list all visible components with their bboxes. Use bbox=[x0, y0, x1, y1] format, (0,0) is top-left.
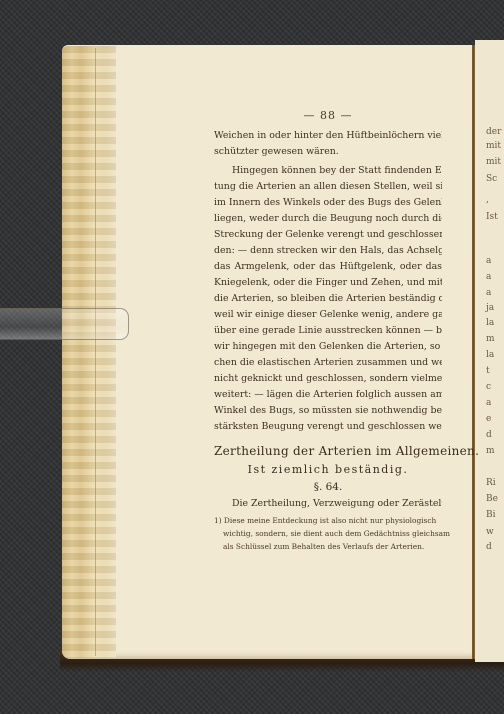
right-page-fragment: la bbox=[486, 350, 494, 360]
right-page-fragment: mit bbox=[486, 141, 501, 151]
right-page-fragment: a bbox=[486, 398, 491, 408]
text-line: den: — denn strecken wir den Hals, das A… bbox=[214, 245, 442, 256]
text-line: Die Zertheilung, Verzweigung oder Zeräst… bbox=[214, 498, 442, 509]
text-line: Kniegelenk, oder die Finger und Zehen, u… bbox=[214, 277, 442, 288]
section-heading: Zertheilung der Arterien im Allgemeinen. bbox=[214, 444, 442, 458]
text-line: chen die elastischen Arterien zusammen u… bbox=[214, 357, 442, 368]
right-page-fragment: c bbox=[486, 382, 491, 392]
right-page-fragment: d bbox=[486, 430, 492, 440]
text-line: wir hingegen mit den Gelenken die Arteri… bbox=[214, 341, 442, 352]
right-page-fragment: d bbox=[486, 542, 492, 552]
right-page-fragment: , bbox=[486, 195, 489, 205]
text-line: weitert: — lägen die Arterien folglich a… bbox=[214, 389, 442, 400]
right-page-fragment: a bbox=[486, 272, 491, 282]
page-number: — 88 — bbox=[214, 109, 442, 122]
text-line: Weichen in oder hinter den Hüftbeinlöche… bbox=[214, 130, 442, 141]
right-page-fragment: m bbox=[486, 334, 495, 344]
paragraph-sign: §. 64. bbox=[214, 481, 442, 493]
right-page-fragment: a bbox=[486, 256, 491, 266]
text-line: im Innern des Winkels oder des Bugs des … bbox=[214, 197, 442, 208]
right-page-fragment: Be bbox=[486, 494, 498, 504]
text-line: tung die Arterien an allen diesen Stelle… bbox=[214, 181, 442, 192]
footnote-line: 1) Diese meine Entdeckung ist also nicht… bbox=[214, 516, 442, 525]
text-line: schützter gewesen wären. bbox=[214, 146, 442, 157]
book-gutter bbox=[472, 45, 475, 659]
right-page-fragment: t bbox=[486, 366, 490, 376]
right-page-fragment: Ist bbox=[486, 212, 498, 222]
text-line: nicht geknickt und geschlossen, sondern … bbox=[214, 373, 442, 384]
text-line: stärksten Beugung verengt und geschlosse… bbox=[214, 421, 442, 432]
footnote-line: als Schlüssel zum Behalten des Verlaufs … bbox=[214, 542, 451, 551]
right-page-fragment: ja bbox=[486, 303, 494, 313]
text-line: über eine gerade Linie ausstrecken könne… bbox=[214, 325, 442, 336]
right-page-fragment: a bbox=[486, 288, 491, 298]
text-line: Winkel des Bugs, so müssten sie nothwend… bbox=[214, 405, 442, 416]
right-page-fragment: der bbox=[486, 127, 501, 137]
right-page-fragment: w bbox=[486, 527, 494, 537]
right-page-fragment: Sc bbox=[486, 174, 497, 184]
deckle-edge bbox=[62, 46, 116, 658]
deckle-fold-line bbox=[95, 48, 96, 656]
footnote-line: wichtig, sondern, sie dient auch dem Ged… bbox=[214, 529, 451, 538]
right-page-fragment: Bi bbox=[486, 510, 496, 520]
text-line: die Arterien, so bleiben die Arterien be… bbox=[214, 293, 442, 304]
section-subheading: Ist ziemlich beständig. bbox=[214, 463, 442, 476]
page-marker-clip bbox=[0, 308, 129, 340]
text-line: Streckung der Gelenke verengt und geschl… bbox=[214, 229, 442, 240]
text-line: Hingegen können bey der Statt findenden … bbox=[214, 165, 442, 176]
text-line: liegen, weder durch die Beugung noch dur… bbox=[214, 213, 442, 224]
right-page-fragment: e bbox=[486, 414, 491, 424]
right-page-fragment: Ri bbox=[486, 478, 496, 488]
right-page-fragment: mit bbox=[486, 157, 501, 167]
text-line: weil wir einige dieser Gelenke wenig, an… bbox=[214, 309, 442, 320]
text-line: das Armgelenk, oder das Hüftgelenk, oder… bbox=[214, 261, 442, 272]
right-page-fragment: la bbox=[486, 318, 494, 328]
right-page-fragment: m bbox=[486, 446, 495, 456]
